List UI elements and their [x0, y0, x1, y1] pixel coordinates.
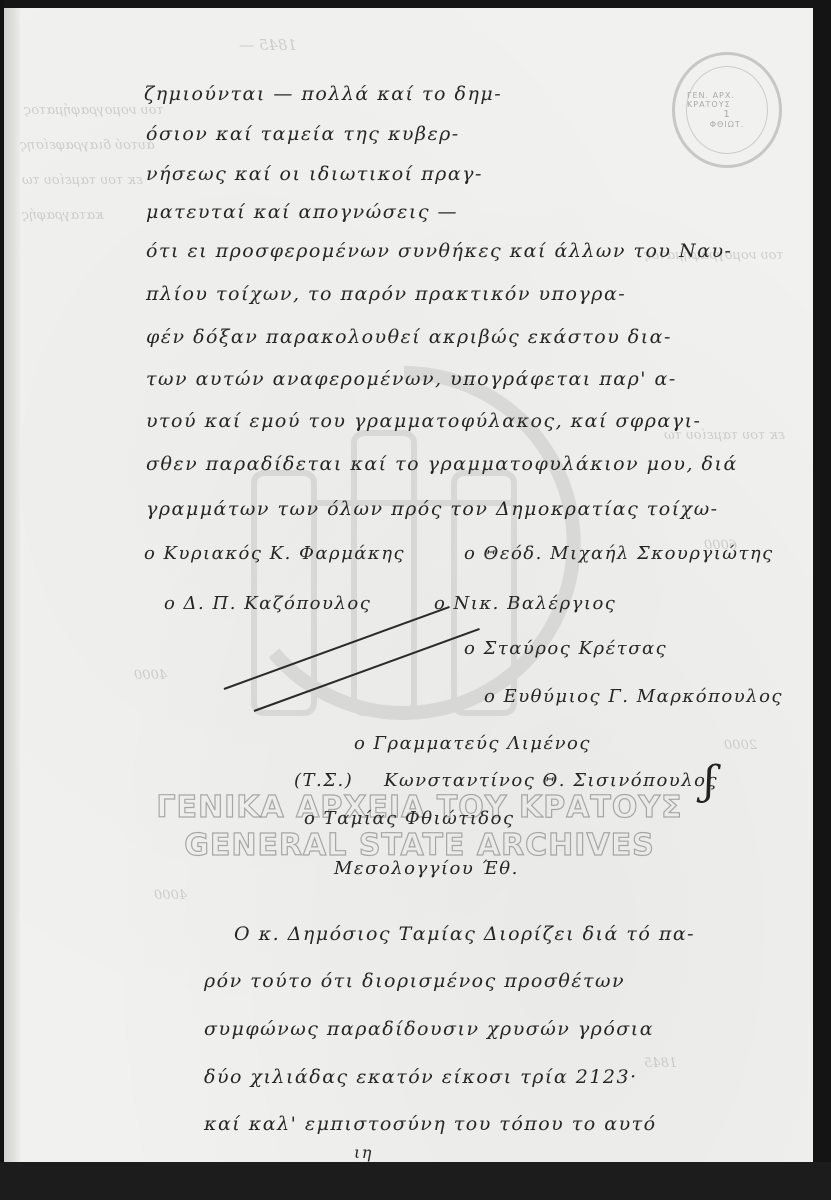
- paragraph-1-line: ματευταί καί απογνώσεις —: [146, 201, 458, 223]
- clerk-title: ο Γραμματεύς Λιμένος: [354, 733, 591, 754]
- paragraph-1-line: γραμμάτων των όλων πρός τον Δημοκρατίας …: [146, 498, 719, 520]
- bleed-through-text: εκ του ταμείου τω: [22, 173, 143, 188]
- paragraph-2-line: συμφώνως παραδίδουσιν χρυσών γρόσια: [204, 1018, 654, 1040]
- paragraph-2-line: Ο κ. Δημόσιος Ταμίας Διορίζει διά τό πα-: [234, 923, 695, 945]
- signatory: ο Θεόδ. Μιχαήλ Σκουργιώτης: [464, 543, 774, 564]
- stamp-lower-text: ΦΘΙΩΤ.: [710, 120, 745, 129]
- stamp-outer-text: ΓΕΝ. ΑΡΧ. ΚΡΑΤΟΥΣ: [687, 91, 767, 109]
- paragraph-2-line: δύο χιλιάδας εκατόν είκοσι τρία 2123·: [204, 1066, 638, 1088]
- signatory: ο Σταύρος Κρέτσας: [464, 638, 667, 659]
- paragraph-1-line: φέν δόξαν παρακολουθεί ακριβώς εκάστου δ…: [146, 326, 672, 348]
- signatory: ο Δ. Π. Καζόπουλος: [164, 593, 371, 614]
- bleed-through-text: του νομογραφήματος: [24, 103, 164, 118]
- archive-seal-stamp: ΓΕΝ. ΑΡΧ. ΚΡΑΤΟΥΣ 1 ΦΘΙΩΤ.: [672, 52, 782, 168]
- paragraph-1-line: ζημιούνται — πολλά καί το δημ-: [144, 83, 502, 105]
- bleed-through-number: 4000: [154, 888, 187, 903]
- bleed-through-number: 2000: [724, 738, 757, 753]
- page-fold-shadow: [4, 8, 20, 1162]
- paragraph-1-line: των αυτών αναφερομένων, υπογράφεται παρ'…: [146, 368, 677, 390]
- bleed-through-number: 4000: [134, 668, 167, 683]
- paragraph-2-line: ρόν τούτο ότι διορισμένος προσθέτων: [204, 970, 625, 992]
- bleed-through-text: αυτού διαγραφείσης: [20, 138, 155, 153]
- paragraph-1-line: πλίου τοίχων, το παρόν πρακτικόν υπογρα-: [146, 283, 626, 305]
- scan-bottom-border: [0, 1162, 831, 1200]
- manuscript-page: του νομογραφήματος αυτού διαγραφείσης εκ…: [4, 8, 813, 1162]
- paragraph-1-line: υτού καί εμού του γραμματοφύλακος, καί σ…: [146, 410, 701, 432]
- clerk-seal-mark: (Τ.Σ.): [294, 770, 353, 791]
- scan-right-border: [813, 0, 831, 1200]
- closing-mark: ιη: [354, 1143, 373, 1162]
- treasurer-location: Μεσολογγίου Έθ.: [334, 858, 519, 879]
- paragraph-1-line: όσιον καί ταμεία της κυβερ-: [146, 123, 460, 145]
- signatory: ο Νικ. Βαλέργιος: [434, 593, 616, 614]
- bleed-through-text: καταγραφής: [22, 208, 104, 223]
- scan-top-border: [0, 0, 831, 8]
- treasurer-title: ο Ταμίας Φθιώτιδος: [304, 808, 515, 829]
- signatory: ο Κυριακός Κ. Φαρμάκης: [144, 543, 405, 564]
- stamp-center-text: 1: [723, 109, 730, 120]
- paragraph-1-line: νήσεως καί οι ιδιωτικοί πραγ-: [146, 163, 483, 185]
- signatory: ο Ευθύμιος Γ. Μαρκόπουλος: [484, 686, 783, 707]
- top-note: 1845 —: [239, 36, 297, 54]
- paragraph-1-line: σθεν παραδίδεται καί το γραμματοφυλάκιον…: [146, 453, 738, 475]
- bleed-through-number: 1845: [644, 1056, 677, 1071]
- paragraph-2-line: καί καλ' εμπιστοσύνη του τόπου το αυτό: [204, 1113, 657, 1135]
- clerk-name: Κωνσταντίνος Θ. Σισινόπουλος: [384, 770, 718, 791]
- paragraph-1-line: ότι ει προσφερομένων συνθήκες καί άλλων …: [146, 240, 732, 262]
